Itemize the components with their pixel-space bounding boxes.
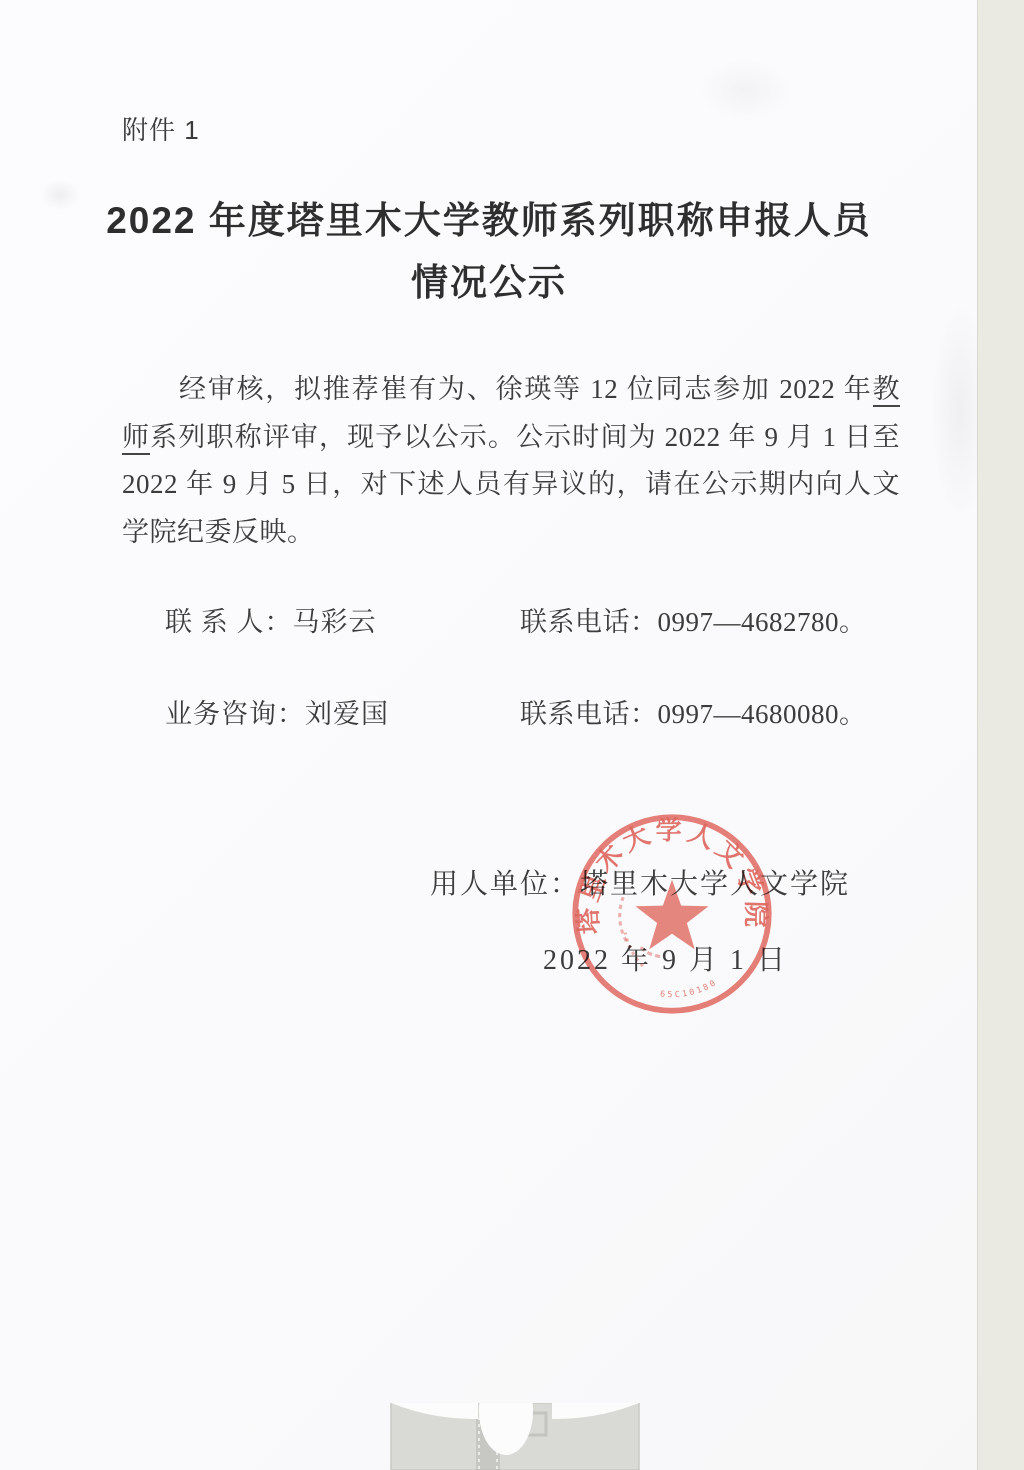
document-title: 2022 年度塔里木大学教师系列职称申报人员 情况公示: [0, 190, 978, 314]
underlined-text: 教: [873, 374, 901, 407]
seal-uyghur-script-mark: [625, 933, 643, 966]
contact-name: 刘爱国: [305, 699, 389, 729]
seal-star-icon: [635, 880, 708, 950]
contact-name: 马彩云: [293, 607, 377, 637]
document-title-line2: 情况公示: [0, 252, 978, 314]
contact-label: 联 系 人：: [165, 607, 293, 637]
document-title-line1: 2022 年度塔里木大学教师系列职称申报人员: [0, 190, 978, 252]
phone-label: 联系电话：: [520, 699, 658, 729]
official-seal: 塔里木大学人文学院 65C10180: [568, 810, 776, 1018]
contact-phone: 联系电话：0997—4682780。: [520, 600, 867, 639]
scanned-document-page: 附件 1 2022 年度塔里木大学教师系列职称申报人员 情况公示 经审核，拟推荐…: [0, 0, 1024, 1470]
contact-person: 业务咨询：刘爱国: [165, 692, 389, 731]
paragraph-line-2: 师系列职称评审，现予以公示。公示时间为 2022 年 9 月 1 日至: [122, 414, 900, 462]
paragraph-line-1: 经审核，拟推荐崔有为、徐瑛等 12 位同志参加 2022 年教: [122, 366, 900, 414]
contact-person: 联 系 人：马彩云: [165, 600, 377, 639]
scanner-artifact-sleeve: [390, 1403, 640, 1470]
attachment-label: 附件 1: [122, 110, 200, 147]
paragraph-line-4: 学院纪委反映。: [122, 509, 900, 557]
phone-number: 0997—4680080。: [658, 699, 867, 729]
contact-row-2: 业务咨询：刘爱国 联系电话：0997—4680080。: [0, 692, 1024, 736]
paragraph-line-3: 2022 年 9 月 5 日，对下述人员有异议的，请在公示期内向人文: [122, 461, 900, 509]
contact-row-1: 联 系 人：马彩云 联系电话：0997—4682780。: [0, 600, 1024, 644]
phone-label: 联系电话：: [520, 607, 658, 637]
contact-phone: 联系电话：0997—4680080。: [520, 692, 867, 731]
phone-number: 0997—4682780。: [658, 607, 867, 637]
contact-label: 业务咨询：: [165, 699, 305, 729]
paragraph-text: 经审核，拟推荐崔有为、徐瑛等 12 位同志参加 2022 年: [179, 374, 873, 404]
underlined-text: 师: [122, 422, 150, 455]
scanner-edge-strip: [977, 0, 1024, 1470]
announcement-paragraph: 经审核，拟推荐崔有为、徐瑛等 12 位同志参加 2022 年教 师系列职称评审，…: [122, 366, 900, 556]
seal-code: 65C10180: [660, 976, 720, 999]
scan-smudge: [700, 60, 790, 120]
seal-uyghur-script-mark: [641, 947, 662, 956]
paragraph-text: 系列职称评审，现予以公示。公示时间为 2022 年 9 月 1 日至: [150, 422, 900, 452]
